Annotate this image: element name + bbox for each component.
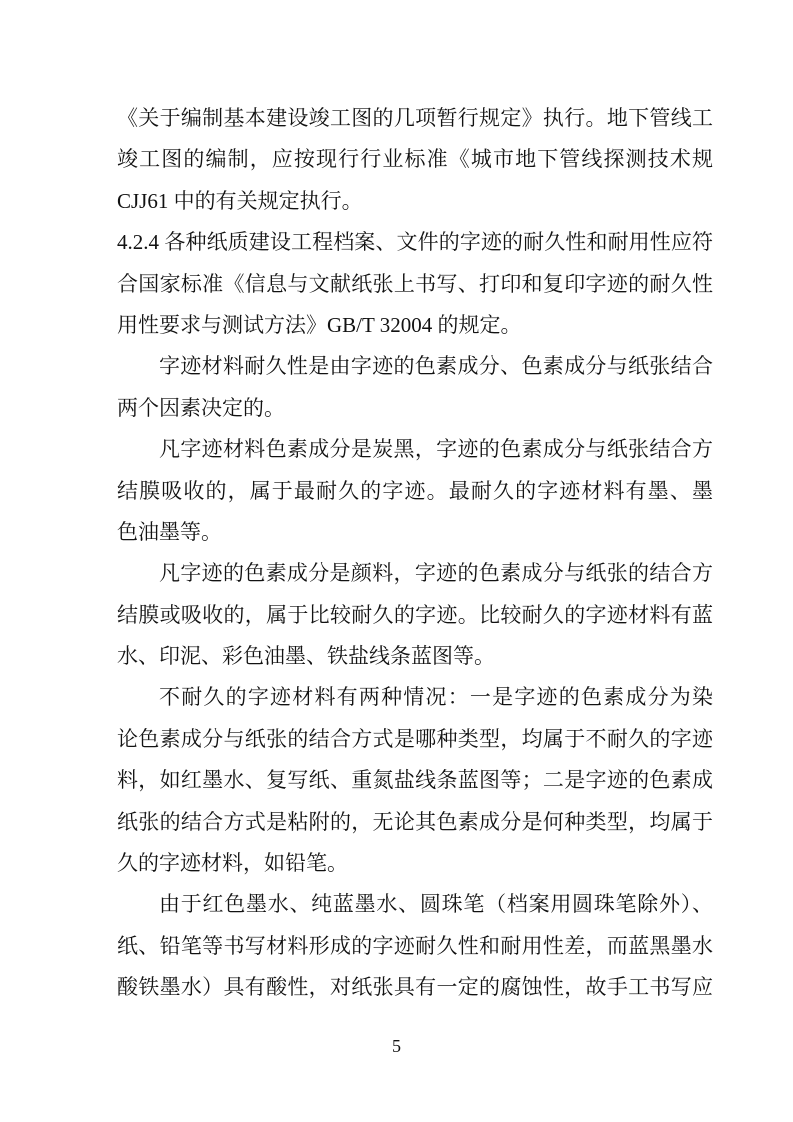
text-line: 4.2.4 各种纸质建设工程档案、文件的字迹的耐久性和耐用性应符 bbox=[117, 222, 713, 263]
text-line: 由于红色墨水、纯蓝墨水、圆珠笔（档案用圆珠笔除外）、复写 bbox=[117, 884, 713, 925]
page-number: 5 bbox=[0, 1036, 793, 1056]
text-line: 料，如红墨水、复写纸、重氮盐线条蓝图等；二是字迹的色素成分与 bbox=[117, 760, 713, 801]
text-line: 酸铁墨水）具有酸性，对纸张具有一定的腐蚀性，故手工书写应采用 bbox=[117, 967, 713, 1008]
text-line: CJJ61 中的有关规定执行。 bbox=[117, 181, 713, 222]
document-page: 《关于编制基本建设竣工图的几项暂行规定》执行。地下管线工程竣工图的编制，应按现行… bbox=[0, 0, 793, 1122]
document-body: 《关于编制基本建设竣工图的几项暂行规定》执行。地下管线工程竣工图的编制，应按现行… bbox=[117, 98, 713, 1009]
paragraph: 《关于编制基本建设竣工图的几项暂行规定》执行。地下管线工程竣工图的编制，应按现行… bbox=[117, 98, 713, 222]
paragraph: 不耐久的字迹材料有两种情况：一是字迹的色素成分为染料，无论色素成分与纸张的结合方… bbox=[117, 677, 713, 884]
text-line: 纸、铅笔等书写材料形成的字迹耐久性和耐用性差，而蓝黑墨水（鞣 bbox=[117, 926, 713, 967]
text-line: 久的字迹材料，如铅笔。 bbox=[117, 843, 713, 884]
text-line: 水、印泥、彩色油墨、铁盐线条蓝图等。 bbox=[117, 636, 713, 677]
paragraph: 凡字迹的色素成分是颜料，字迹的色素成分与纸张的结合方式是结膜或吸收的，属于比较耐… bbox=[117, 553, 713, 677]
text-line: 竣工图的编制，应按现行行业标准《城市地下管线探测技术规程》 bbox=[117, 139, 713, 180]
text-line: 不耐久的字迹材料有两种情况：一是字迹的色素成分为染料，无 bbox=[117, 677, 713, 718]
text-line: 字迹材料耐久性是由字迹的色素成分、色素成分与纸张结合方式 bbox=[117, 346, 713, 387]
text-line: 凡字迹的色素成分是颜料，字迹的色素成分与纸张的结合方式是 bbox=[117, 553, 713, 594]
text-line: 《关于编制基本建设竣工图的几项暂行规定》执行。地下管线工程 bbox=[117, 98, 713, 139]
paragraph: 4.2.4 各种纸质建设工程档案、文件的字迹的耐久性和耐用性应符合国家标准《信息… bbox=[117, 222, 713, 346]
paragraph: 凡字迹材料色素成分是炭黑，字迹的色素成分与纸张结合方式是结膜吸收的，属于最耐久的… bbox=[117, 429, 713, 553]
text-line: 合国家标准《信息与文献纸张上书写、打印和复印字迹的耐久性和耐 bbox=[117, 264, 713, 305]
text-line: 论色素成分与纸张的结合方式是哪种类型，均属于不耐久的字迹材 bbox=[117, 719, 713, 760]
text-line: 结膜吸收的，属于最耐久的字迹。最耐久的字迹材料有墨、墨汁、黑 bbox=[117, 471, 713, 512]
text-line: 两个因素决定的。 bbox=[117, 388, 713, 429]
text-line: 结膜或吸收的，属于比较耐久的字迹。比较耐久的字迹材料有蓝黑墨 bbox=[117, 595, 713, 636]
text-line: 凡字迹材料色素成分是炭黑，字迹的色素成分与纸张结合方式是 bbox=[117, 429, 713, 470]
paragraph: 由于红色墨水、纯蓝墨水、圆珠笔（档案用圆珠笔除外）、复写纸、铅笔等书写材料形成的… bbox=[117, 884, 713, 1008]
text-line: 色油墨等。 bbox=[117, 512, 713, 553]
text-line: 用性要求与测试方法》GB/T 32004 的规定。 bbox=[117, 305, 713, 346]
paragraph: 字迹材料耐久性是由字迹的色素成分、色素成分与纸张结合方式两个因素决定的。 bbox=[117, 346, 713, 429]
text-line: 纸张的结合方式是粘附的，无论其色素成分是何种类型，均属于不耐 bbox=[117, 802, 713, 843]
